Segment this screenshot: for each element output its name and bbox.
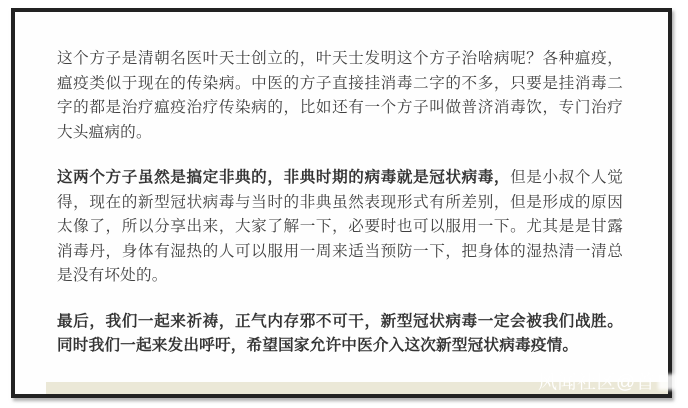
watermark: 风闻社区@首 bbox=[538, 372, 688, 394]
paragraph-1: 这个方子是清朝名医叶天士创立的，叶天士发明这个方子治啥病呢？各种瘟疫，瘟疫类似于… bbox=[57, 47, 623, 145]
paragraph-2-bold-text: 这两个方子虽然是搞定非典的，非典时期的病毒就是冠状病毒， bbox=[57, 169, 510, 186]
watermark-clipped-glyph bbox=[658, 374, 688, 390]
watermark-text: 风闻社区@首 bbox=[538, 372, 655, 393]
article-frame: 这个方子是清朝名医叶天士创立的，叶天士发明这个方子治啥病呢？各种瘟疫，瘟疫类似于… bbox=[11, 8, 672, 398]
article-body: 这个方子是清朝名医叶天士创立的，叶天士发明这个方子治啥病呢？各种瘟疫，瘟疫类似于… bbox=[57, 47, 623, 359]
paragraph-2-text: 但是小叔个人觉得，现在的新型冠状病毒与当时的非典虽然表现形式有所差别，但是形成的… bbox=[57, 169, 623, 284]
paragraph-2: 这两个方子虽然是搞定非典的，非典时期的病毒就是冠状病毒，但是小叔个人觉得，现在的… bbox=[57, 166, 623, 289]
paragraph-3-bold-text: 最后，我们一起来祈祷，正气内存邪不可干，新型冠状病毒一定会被我们战胜。同时我们一… bbox=[57, 313, 623, 355]
paragraph-3: 最后，我们一起来祈祷，正气内存邪不可干，新型冠状病毒一定会被我们战胜。同时我们一… bbox=[57, 310, 623, 359]
paragraph-1-text: 这个方子是清朝名医叶天士创立的，叶天士发明这个方子治啥病呢？各种瘟疫，瘟疫类似于… bbox=[57, 50, 623, 141]
